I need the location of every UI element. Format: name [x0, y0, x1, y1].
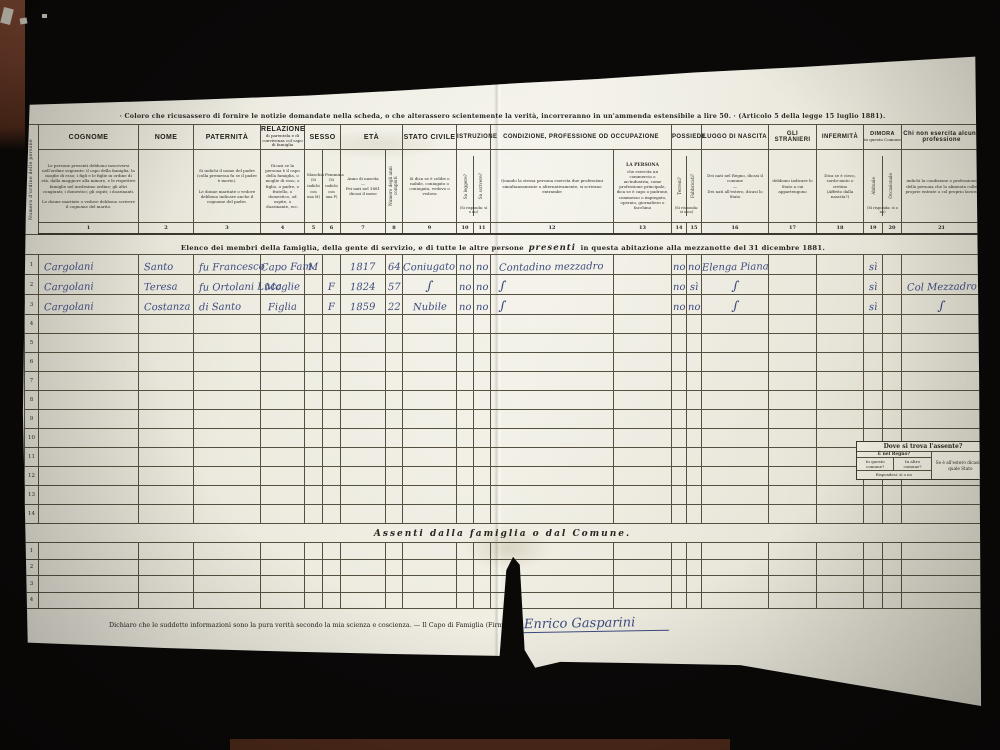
handwritten-entry: Costanza	[144, 303, 191, 314]
cell	[883, 559, 902, 576]
cell	[341, 429, 386, 448]
cell	[39, 467, 139, 486]
cell	[864, 334, 883, 353]
cell	[702, 372, 769, 391]
elenco-title: Elenco dei membri della famiglia, della …	[181, 244, 825, 252]
cell	[883, 391, 902, 410]
col-header-dimora: DIMORA in questo Comune	[864, 125, 902, 150]
signature: Enrico Gasparini	[520, 616, 670, 634]
cell	[687, 353, 702, 372]
cell: Contadino mezzadro	[491, 255, 614, 275]
ditto-mark: ∫	[937, 300, 946, 314]
cell: 1859	[341, 295, 386, 315]
cell	[386, 391, 403, 410]
cell	[491, 353, 614, 372]
handwritten-entry: sì	[869, 303, 878, 313]
photo-background: · Coloro che ricusassero di fornire le n…	[0, 0, 1000, 750]
cell	[457, 505, 474, 524]
note-sa-scrivere: Sa scrivere?	[479, 173, 484, 199]
cell: M	[305, 255, 323, 275]
cell	[341, 559, 386, 576]
dove-estero: Se è all'estero dicasi in quale Stato	[932, 452, 989, 479]
cell	[194, 410, 261, 429]
cell: Figlia	[261, 295, 305, 315]
handwritten-entry: no	[688, 263, 701, 273]
col-number: 13	[614, 223, 672, 235]
cell	[39, 410, 139, 429]
col-number: 19	[864, 223, 883, 235]
cell	[386, 429, 403, 448]
col-number: 16	[702, 223, 769, 235]
cell	[194, 486, 261, 505]
table-row: 2	[25, 559, 982, 576]
cell: ∫	[491, 275, 614, 295]
cell: di Santo	[194, 295, 261, 315]
cell	[194, 391, 261, 410]
cell	[672, 467, 687, 486]
cell	[491, 576, 614, 593]
cell	[261, 372, 305, 391]
elenco-title-row: Elenco dei membri della famiglia, della …	[25, 234, 982, 255]
cell	[39, 576, 139, 593]
cell: ∫	[702, 295, 769, 315]
cell	[305, 410, 323, 429]
cell	[902, 486, 982, 505]
cell	[817, 592, 864, 609]
cell	[474, 467, 491, 486]
cell	[672, 315, 687, 334]
cell	[902, 353, 982, 372]
handwritten-entry: Coniugato	[403, 263, 455, 274]
cell	[614, 372, 672, 391]
col-header-paternita: PATERNITÀ	[194, 125, 261, 150]
cell: sì	[864, 255, 883, 275]
table-row: 3	[25, 576, 982, 593]
cell: no	[672, 295, 687, 315]
cell	[403, 372, 457, 391]
cell	[902, 559, 982, 576]
handwritten-entry: Contadino mezzadro	[499, 262, 604, 274]
cell	[386, 448, 403, 467]
cell	[457, 334, 474, 353]
cell	[883, 315, 902, 334]
cell	[769, 429, 817, 448]
col-number: 21	[902, 223, 982, 235]
cell	[702, 543, 769, 560]
col-number: 11	[474, 223, 491, 235]
cell	[305, 295, 323, 315]
handwritten-entry: no	[459, 283, 472, 293]
cell	[672, 429, 687, 448]
cell	[614, 448, 672, 467]
cell	[403, 315, 457, 334]
cell	[672, 410, 687, 429]
handwritten-entry: Nubile	[412, 303, 446, 314]
cell: 1824	[341, 275, 386, 295]
warning-line: · Coloro che ricusassero di fornire le n…	[24, 112, 981, 120]
col-header-chi-non-esercita: Chi non esercita alcuna professione	[902, 125, 982, 150]
cell	[883, 372, 902, 391]
cell	[672, 486, 687, 505]
note-cognome: Le persone presenti debbono inscriversi …	[39, 150, 139, 223]
cell	[817, 410, 864, 429]
handwritten-entry: fu Francesco	[199, 263, 265, 274]
cell	[474, 353, 491, 372]
cell	[139, 315, 194, 334]
row-number: 4	[25, 592, 39, 609]
cell	[883, 592, 902, 609]
cell	[614, 505, 672, 524]
cell: sì	[687, 275, 702, 295]
cell	[323, 429, 341, 448]
cell	[323, 410, 341, 429]
cell: Elenga Piana	[702, 255, 769, 275]
col-number: 7	[341, 223, 386, 235]
cell	[39, 315, 139, 334]
col-number: 12	[491, 223, 614, 235]
cell	[386, 505, 403, 524]
row-number: 14	[25, 505, 39, 524]
cell	[902, 391, 982, 410]
ditto-mark: ∫	[498, 300, 507, 314]
handwritten-entry: Teresa	[144, 283, 178, 294]
cell	[474, 559, 491, 576]
cell: 64	[386, 255, 403, 275]
handwritten-entry: sì	[869, 283, 878, 293]
cell	[403, 467, 457, 486]
cell	[403, 391, 457, 410]
row-number: 2	[25, 275, 39, 295]
cell	[323, 543, 341, 560]
handwritten-entry: no	[673, 303, 686, 313]
cell	[261, 353, 305, 372]
cell	[817, 353, 864, 372]
cell	[491, 486, 614, 505]
cell	[474, 315, 491, 334]
cell	[491, 410, 614, 429]
row-number: 10	[25, 429, 39, 448]
cell: Capo Fam.	[261, 255, 305, 275]
col-number: 1	[39, 223, 139, 235]
cell	[769, 275, 817, 295]
cell	[491, 448, 614, 467]
cell	[614, 255, 672, 275]
cell	[902, 410, 982, 429]
table-row: 11	[25, 448, 982, 467]
cell	[672, 391, 687, 410]
census-table: Numero d'ordine delle persone COGNOME NO…	[24, 124, 982, 524]
table-row: 1CargolaniSantofu FrancescoCapo Fam.M181…	[25, 255, 982, 275]
cell	[883, 486, 902, 505]
cell	[139, 576, 194, 593]
cell	[817, 559, 864, 576]
cell	[687, 467, 702, 486]
cell	[39, 372, 139, 391]
cell: no	[474, 255, 491, 275]
cell	[883, 505, 902, 524]
handwritten-entry: 64	[388, 263, 401, 273]
cell	[341, 543, 386, 560]
ditto-mark: ∫	[731, 300, 740, 314]
cell	[883, 576, 902, 593]
handwritten-entry: Cargolani	[44, 283, 94, 294]
cell: F	[323, 295, 341, 315]
col-number: 6	[323, 223, 341, 235]
cell	[323, 448, 341, 467]
cell	[323, 486, 341, 505]
cell	[194, 467, 261, 486]
cell	[672, 576, 687, 593]
ditto-mark: ∫	[425, 280, 434, 294]
table-row: 1	[25, 543, 982, 560]
cell	[864, 505, 883, 524]
cell	[614, 467, 672, 486]
cell	[323, 334, 341, 353]
table-body: 1CargolaniSantofu FrancescoCapo Fam.M181…	[25, 255, 982, 524]
cell: Santo	[139, 255, 194, 275]
cell	[194, 429, 261, 448]
cell	[817, 295, 864, 315]
handwritten-entry: Moglie	[265, 283, 300, 294]
cell	[386, 334, 403, 353]
note-istruzione: Sa leggere? Sa scrivere? (Si risponda: s…	[457, 150, 491, 223]
cell	[261, 543, 305, 560]
paper-fragment	[20, 17, 28, 24]
cell	[39, 505, 139, 524]
row-number: 1	[25, 255, 39, 275]
cell	[403, 576, 457, 593]
handwritten-entry: 1817	[350, 263, 376, 273]
col-header-nome: NOME	[139, 125, 194, 150]
table-row: 13	[25, 486, 982, 505]
handwritten-entry: 1824	[350, 283, 376, 293]
cell	[702, 592, 769, 609]
cell	[614, 410, 672, 429]
cell	[474, 334, 491, 353]
cell	[817, 334, 864, 353]
cell: ∫	[702, 275, 769, 295]
cell	[817, 543, 864, 560]
row-number: 5	[25, 334, 39, 353]
cell	[139, 559, 194, 576]
cell	[139, 334, 194, 353]
cell	[902, 543, 982, 560]
cell	[491, 559, 614, 576]
note-risponda: (Si risponda: sì o no)	[459, 207, 488, 215]
cell	[491, 372, 614, 391]
cell: no	[672, 275, 687, 295]
cell	[614, 592, 672, 609]
cell	[769, 486, 817, 505]
cell	[39, 486, 139, 505]
cell	[457, 559, 474, 576]
ditto-mark: ∫	[731, 280, 740, 294]
note-sesso-m: Maschio(Si indichi con una M)	[305, 150, 323, 223]
cell	[386, 486, 403, 505]
cell	[403, 543, 457, 560]
dove-risponda: Rispondesi: sì o no	[857, 471, 931, 479]
cell	[341, 315, 386, 334]
col-number: 4	[261, 223, 305, 235]
cell	[194, 559, 261, 576]
cell	[323, 353, 341, 372]
cell: no	[687, 255, 702, 275]
cell	[864, 486, 883, 505]
cell	[305, 372, 323, 391]
cell	[194, 505, 261, 524]
cell	[902, 592, 982, 609]
handwritten-entry: di Santo	[199, 303, 241, 314]
table-row: 8	[25, 391, 982, 410]
cell	[883, 275, 902, 295]
table-row: 7	[25, 372, 982, 391]
table-header: Numero d'ordine delle persone COGNOME NO…	[25, 125, 982, 255]
cell	[386, 372, 403, 391]
col-number: 2	[139, 223, 194, 235]
cell	[305, 353, 323, 372]
cell	[323, 372, 341, 391]
table-row: 10	[25, 429, 982, 448]
cell: no	[457, 275, 474, 295]
note-risponda: (Si risponda: sì o no)	[674, 207, 699, 215]
col-header-stato-civile: STATO CIVILE	[403, 125, 457, 150]
table-row: 4	[25, 315, 982, 334]
col-number: 3	[194, 223, 261, 235]
cell	[39, 543, 139, 560]
cell	[491, 315, 614, 334]
note-eta-anno: Anno di nascita — Pei nati nel 1881 dica…	[341, 150, 386, 223]
cell: Cargolani	[39, 255, 139, 275]
cell	[702, 505, 769, 524]
handwritten-entry: 57	[388, 283, 401, 293]
assenti-table-body: 1234	[25, 543, 982, 609]
cell	[457, 467, 474, 486]
cell	[386, 410, 403, 429]
cell	[672, 559, 687, 576]
cell	[902, 576, 982, 593]
cell	[769, 372, 817, 391]
col-number: 15	[687, 223, 702, 235]
assenti-title: Assenti dalla famiglia o dal Comune.	[24, 529, 981, 539]
cell	[902, 315, 982, 334]
col-header-numero-ordine: Numero d'ordine delle persone	[25, 125, 39, 235]
cell	[261, 391, 305, 410]
cell	[702, 429, 769, 448]
cell	[614, 295, 672, 315]
cell	[817, 372, 864, 391]
col-number: 8	[386, 223, 403, 235]
note-risponda: (Si risponda: sì o no)	[866, 207, 899, 215]
table-row: 3CargolaniCostanzadi SantoFigliaF185922N…	[25, 295, 982, 315]
cell	[817, 391, 864, 410]
handwritten-entry: sì	[690, 283, 699, 293]
cell	[323, 467, 341, 486]
cell	[769, 255, 817, 275]
cell	[672, 448, 687, 467]
cell	[769, 543, 817, 560]
cell	[614, 543, 672, 560]
handwritten-entry: 22	[388, 303, 401, 313]
cell	[491, 505, 614, 524]
cell	[403, 559, 457, 576]
cell	[491, 467, 614, 486]
cell: 57	[386, 275, 403, 295]
cell	[864, 372, 883, 391]
col-header-condizione: CONDIZIONE, PROFESSIONE OD OCCUPAZIONE	[491, 125, 672, 150]
cell	[902, 334, 982, 353]
cell	[341, 353, 386, 372]
cell	[139, 592, 194, 609]
cell	[386, 576, 403, 593]
cell	[769, 353, 817, 372]
cell	[817, 315, 864, 334]
cell	[687, 410, 702, 429]
cell	[687, 592, 702, 609]
table-row: 5	[25, 334, 982, 353]
cell	[341, 505, 386, 524]
cell	[39, 334, 139, 353]
cell	[864, 410, 883, 429]
cell	[194, 353, 261, 372]
cell	[702, 353, 769, 372]
cell	[672, 543, 687, 560]
cell: no	[474, 295, 491, 315]
cell	[687, 559, 702, 576]
cell	[769, 391, 817, 410]
cell	[457, 576, 474, 593]
cell	[687, 334, 702, 353]
cell	[769, 592, 817, 609]
cell	[883, 543, 902, 560]
header-numbers-row: 1 2 3 4 5 6 7 8 9 10 11 12 13 14	[25, 223, 982, 235]
cell	[817, 275, 864, 295]
cell	[39, 448, 139, 467]
cell	[702, 576, 769, 593]
cell	[403, 353, 457, 372]
cell	[702, 486, 769, 505]
cell	[341, 592, 386, 609]
cell	[769, 467, 817, 486]
row-number: 2	[25, 559, 39, 576]
row-number: 12	[25, 467, 39, 486]
cell	[305, 592, 323, 609]
cell	[386, 559, 403, 576]
cell	[491, 334, 614, 353]
col-number: 20	[883, 223, 902, 235]
cell	[139, 467, 194, 486]
handwritten-entry: Col Mezzadro	[906, 283, 976, 294]
cell	[614, 429, 672, 448]
cell	[687, 576, 702, 593]
cell	[323, 315, 341, 334]
cell	[687, 391, 702, 410]
cell: sì	[864, 295, 883, 315]
cell	[305, 391, 323, 410]
cell	[341, 448, 386, 467]
row-number: 9	[25, 410, 39, 429]
table-row: 6	[25, 353, 982, 372]
cell: F	[323, 275, 341, 295]
cell: Costanza	[139, 295, 194, 315]
cell	[261, 410, 305, 429]
cell	[139, 505, 194, 524]
table-row: 14	[25, 505, 982, 524]
cell	[817, 576, 864, 593]
cell	[769, 505, 817, 524]
cell: ∫	[403, 275, 457, 295]
handwritten-entry: Santo	[144, 263, 173, 274]
row-number: 4	[25, 315, 39, 334]
